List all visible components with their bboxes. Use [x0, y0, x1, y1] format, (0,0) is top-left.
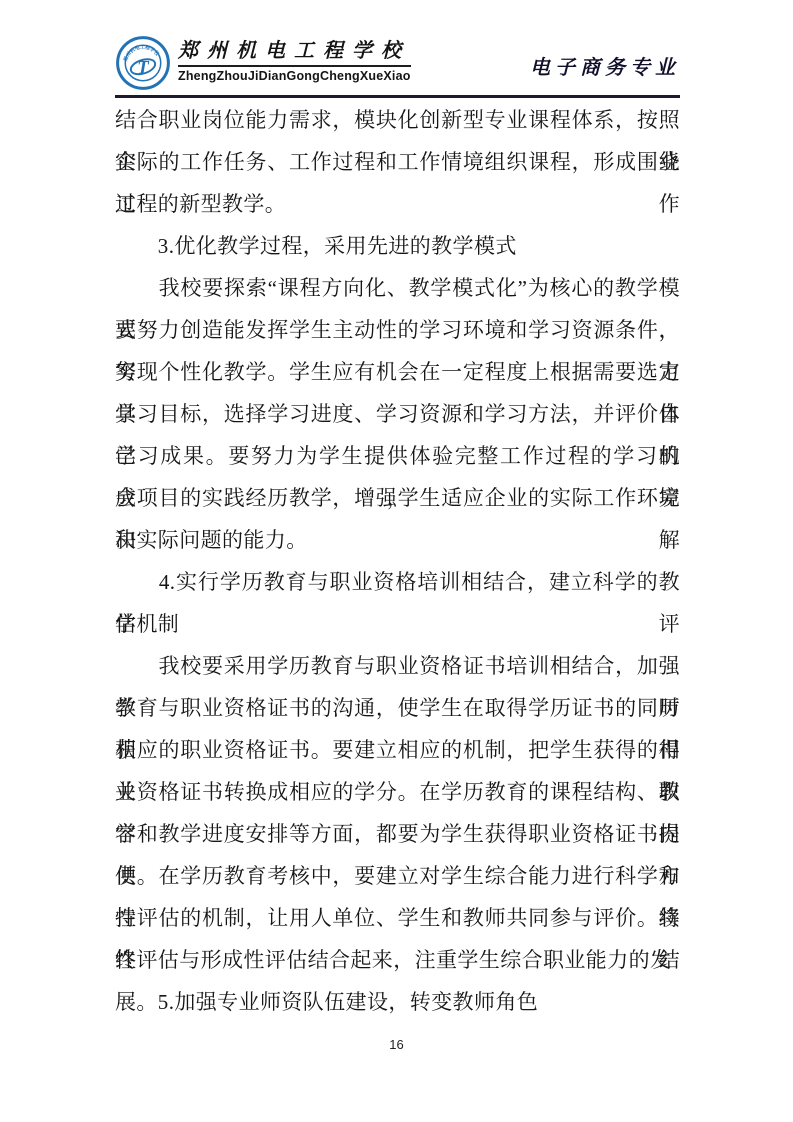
- text-line: 性评估与形成性评估结合起来，注重学生综合职业能力的发展。: [115, 939, 680, 981]
- text-line: 便。在学历教育考核中，要建立对学生综合能力进行科学和持续: [115, 855, 680, 897]
- text-line: 教育与职业资格证书的沟通，使学生在取得学历证书的同时获得: [115, 687, 680, 729]
- text-line: 5.加强专业师资队伍建设，转变教师角色: [115, 981, 680, 1023]
- page-footer: 16: [0, 1037, 793, 1052]
- text-line: 结合职业岗位能力需求，模块化创新型专业课程体系，按照企业: [115, 99, 680, 141]
- text-line: 成项目的实践经历教学，增强学生适应企业的实际工作环境和解: [115, 477, 680, 519]
- text-line: 学习目标，选择学习进度、学习资源和学习方法，并评价自己的: [115, 393, 680, 435]
- school-logo-icon: 郑州机电工程学校 T: [115, 35, 171, 91]
- text-line: 我校要采用学历教育与职业资格证书培训相结合，加强学历: [115, 645, 680, 687]
- text-line: 4.实行学历教育与职业资格培训相结合，建立科学的教学评: [115, 561, 680, 603]
- page-number: 16: [389, 1037, 403, 1052]
- text-line: 容和教学进度安排等方面，都要为学生获得职业资格证书提供方: [115, 813, 680, 855]
- text-line: 实际的工作任务、工作过程和工作情境组织课程，形成围绕工作: [115, 141, 680, 183]
- school-name-divider: [178, 65, 411, 67]
- school-name-block: 郑州机电工程学校 ZhengZhouJiDianGongChengXueXiao: [178, 35, 411, 84]
- svg-text:T: T: [137, 57, 149, 78]
- text-line: 3.优化教学过程，采用先进的教学模式: [115, 225, 680, 267]
- page-header: 郑州机电工程学校 T 郑州机电工程学校 ZhengZhouJiDianGongC…: [115, 35, 680, 93]
- document-body: 结合职业岗位能力需求，模块化创新型专业课程体系，按照企业实际的工作任务、工作过程…: [115, 99, 680, 1023]
- text-line: 我校要探索“课程方向化、教学模式化”为核心的教学模式，: [115, 267, 680, 309]
- text-line: 要努力创造能发挥学生主动性的学习环境和学习资源条件，努力: [115, 309, 680, 351]
- text-line: 实现个性化教学。学生应有机会在一定程度上根据需要选定具体: [115, 351, 680, 393]
- text-line: 相应的职业资格证书。要建立相应的机制，把学生获得的相关职: [115, 729, 680, 771]
- major-label: 电子商务专业: [530, 51, 680, 80]
- text-line: 性评估的机制，让用人单位、学生和教师共同参与评价。将终结: [115, 897, 680, 939]
- school-name-pinyin: ZhengZhouJiDianGongChengXueXiao: [178, 69, 411, 84]
- header-rule: [115, 95, 680, 98]
- school-name-chinese: 郑州机电工程学校: [178, 39, 411, 63]
- text-line: 业资格证书转换成相应的学分。在学历教育的课程结构、教学内: [115, 771, 680, 813]
- document-page: 郑州机电工程学校 T 郑州机电工程学校 ZhengZhouJiDianGongC…: [0, 0, 793, 1122]
- text-line: 学习成果。要努力为学生提供体验完整工作过程的学习机会，完: [115, 435, 680, 477]
